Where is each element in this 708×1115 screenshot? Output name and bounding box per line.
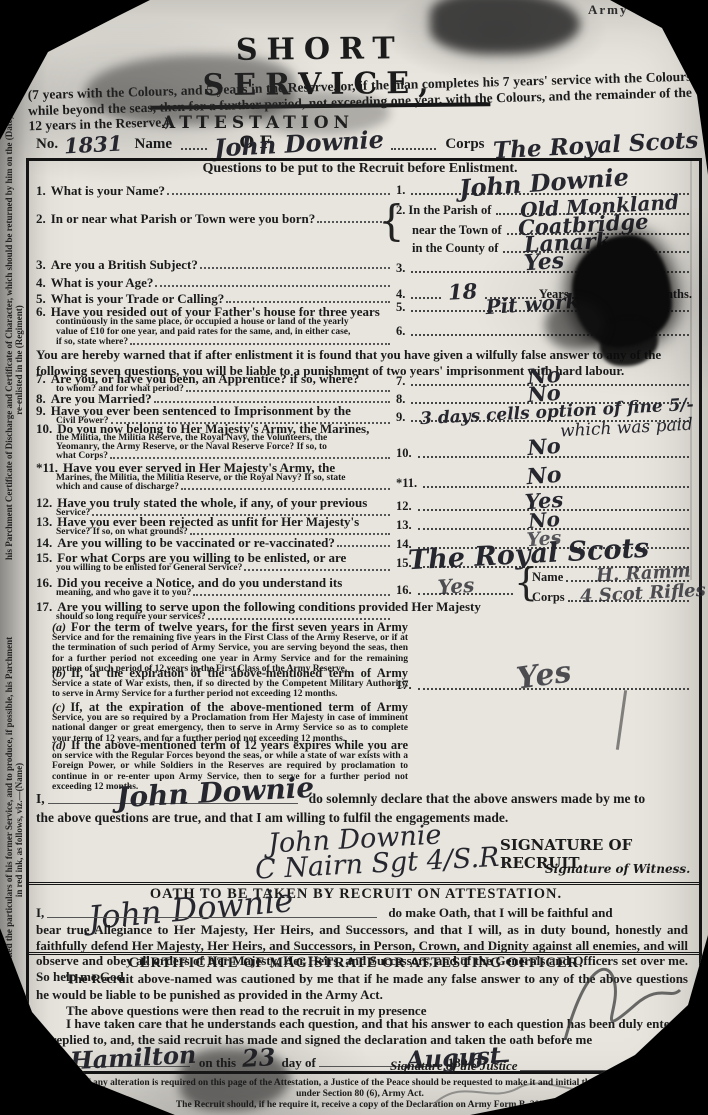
dotted-line [181,146,207,150]
question-4: 4.What is your Age? [36,276,392,289]
question-16-small: meaning, and who gave it to you? [56,588,392,598]
question-number: 13. [36,515,52,528]
question-number: 4. [36,276,46,289]
question-15-small: you willing to be enlisted for General S… [56,563,392,573]
margin-note-top: his Parchment Certificate of Discharge a… [4,160,24,560]
question-number: 15. [36,551,52,564]
signature-blank [47,915,377,918]
question-text: Are you willing to be vaccinated or re-v… [57,536,335,549]
handwritten-declaration-name: John Downie [115,774,314,812]
margin-note-bottom: recruit is to be asked the particulars o… [4,620,24,1040]
question-text: Are you a British Subject? [51,258,198,271]
question-number: 2. [36,212,46,225]
oath-line1: I, do make Oath, that I will be faithful… [36,905,688,921]
justice-signature-label: Signature of the Justice [390,1058,518,1074]
dotted-leader [200,265,390,269]
handwritten-answer: Yes [515,657,573,694]
question-text: What is your Age? [51,276,154,289]
handwritten-answer: Yes [437,575,475,597]
handwritten-witness-corps: 4 Scot Rifles [580,582,707,607]
question-number: *11. [36,461,58,474]
question-text: In or near what Parish or Town were you … [51,212,316,225]
dotted-leader [193,592,390,596]
identity-line: No. 1831 Name John Downie Corps The Roya… [36,132,700,153]
dotted-line [391,146,436,150]
question-number: 17. [36,600,52,613]
question-14: 14.Are you willing to be vaccinated or r… [36,536,392,549]
question-number: 12. [36,496,52,509]
declaration-line1: I, John Downie do solemnly declare that … [36,790,686,807]
dotted-leader [155,283,390,287]
dotted-leader [226,299,390,303]
answer-10: 10.No [396,446,692,461]
paper-sheet: Army SHORT SERVICE, (7 years with the Co… [0,0,708,1115]
question-3: 3.Are you a British Subject? [36,258,392,271]
service-number-handwritten: 1831 [64,132,123,156]
footer-line-1: If any alteration is required on this pa… [60,1078,660,1088]
name-label: Name [135,136,173,153]
justice-signature-blank [520,1070,680,1071]
place-date-line: at Hamilton on this 23 day of August 189… [36,1046,636,1070]
dotted-leader [337,543,390,547]
section-divider [29,882,699,885]
question-number: 10. [36,422,52,435]
scan-crease [690,160,692,580]
witness-signature-label: Signature of Witness. [545,862,690,876]
question-number: 3. [36,258,46,271]
handwritten-place: Hamilton [69,1043,196,1074]
question-number: 14. [36,536,52,549]
dotted-leader [167,191,390,195]
question-6-small: if so, state where? [56,337,392,347]
question-6-small: value of £10 for one year, and paid rate… [56,327,392,337]
question-number: 6. [36,305,46,318]
question-number: 9. [36,404,46,417]
question-11-small: which and cause of discharge? [56,482,392,492]
dotted-leader [181,486,390,490]
no-label: No. [36,136,58,153]
question-text: What is your Name? [51,184,165,197]
answer-16: 16.Yes [396,583,516,598]
scanned-attestation-document: Army SHORT SERVICE, (7 years with the Co… [0,0,708,1115]
handwritten-answer: No [527,435,562,458]
corps-label: Corps [445,136,484,153]
army-form-fragment: Army [588,2,629,18]
handwritten-answer: Yes [523,250,565,275]
dotted-leader [130,341,390,345]
handwritten-answer: No [526,464,562,488]
footer-line-2: under Section 80 (6), Army Act. [60,1089,660,1099]
question-number: 16. [36,576,52,589]
condition-b: (b)If, at the expiration of the above-me… [52,668,408,700]
dotted-leader [110,455,390,459]
question-2: 2.In or near what Parish or Town were yo… [36,212,392,225]
dotted-leader [244,567,390,571]
question-1: 1.What is your Name? [36,184,392,197]
ink-smudge [250,90,390,135]
answer-17: 17.Yes [396,678,692,693]
question-6-small: continuously in the same place, or occup… [56,317,392,327]
question-number: 7. [36,372,46,385]
ink-smudge [545,300,605,350]
answer-16-corps: Corps4 Scot Rifles [532,590,692,605]
justice-signature-mark [555,945,685,1055]
footer-line-3: The Recruit should, if he require it, re… [60,1100,660,1110]
question-number: 1. [36,184,46,197]
dotted-line [411,295,441,299]
